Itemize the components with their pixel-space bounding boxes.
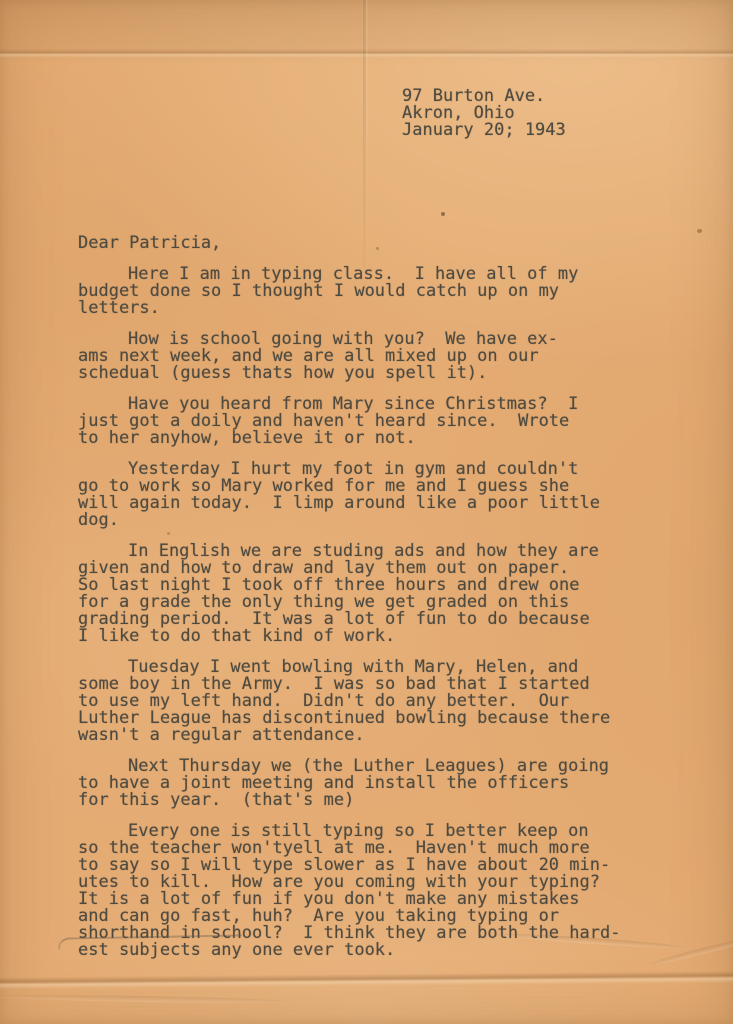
salutation: Dear Patricia, [78, 235, 668, 252]
paper-wrinkle [0, 993, 290, 1004]
paragraph-bowling: Tuesday I went bowling with Mary, Helen,… [78, 659, 668, 744]
paragraph-school-exams: How is school going with you? We have ex… [78, 331, 668, 382]
scanned-letter: 97 Burton Ave. Akron, Ohio January 20; 1… [0, 0, 733, 1024]
letter-content: Dear Patricia, Here I am in typing class… [78, 235, 668, 973]
paragraph-typing-class: Here I am in typing class. I have all of… [78, 266, 668, 317]
fold-crease-bottom [0, 971, 733, 989]
paragraph-luther-meeting: Next Thursday we (the Luther Leagues) ar… [78, 758, 668, 809]
paragraph-english-ads: In English we are studing ads and how th… [78, 543, 668, 645]
paper-speck [441, 212, 445, 216]
return-address-block: 97 Burton Ave. Akron, Ohio January 20; 1… [402, 88, 566, 139]
paragraph-hurt-foot: Yesterday I hurt my foot in gym and coul… [78, 461, 668, 529]
paper-speck [167, 532, 170, 535]
paper-speck [697, 229, 702, 233]
paragraph-mary-christmas: Have you heard from Mary since Christmas… [78, 396, 668, 447]
paper-speck [376, 247, 379, 250]
